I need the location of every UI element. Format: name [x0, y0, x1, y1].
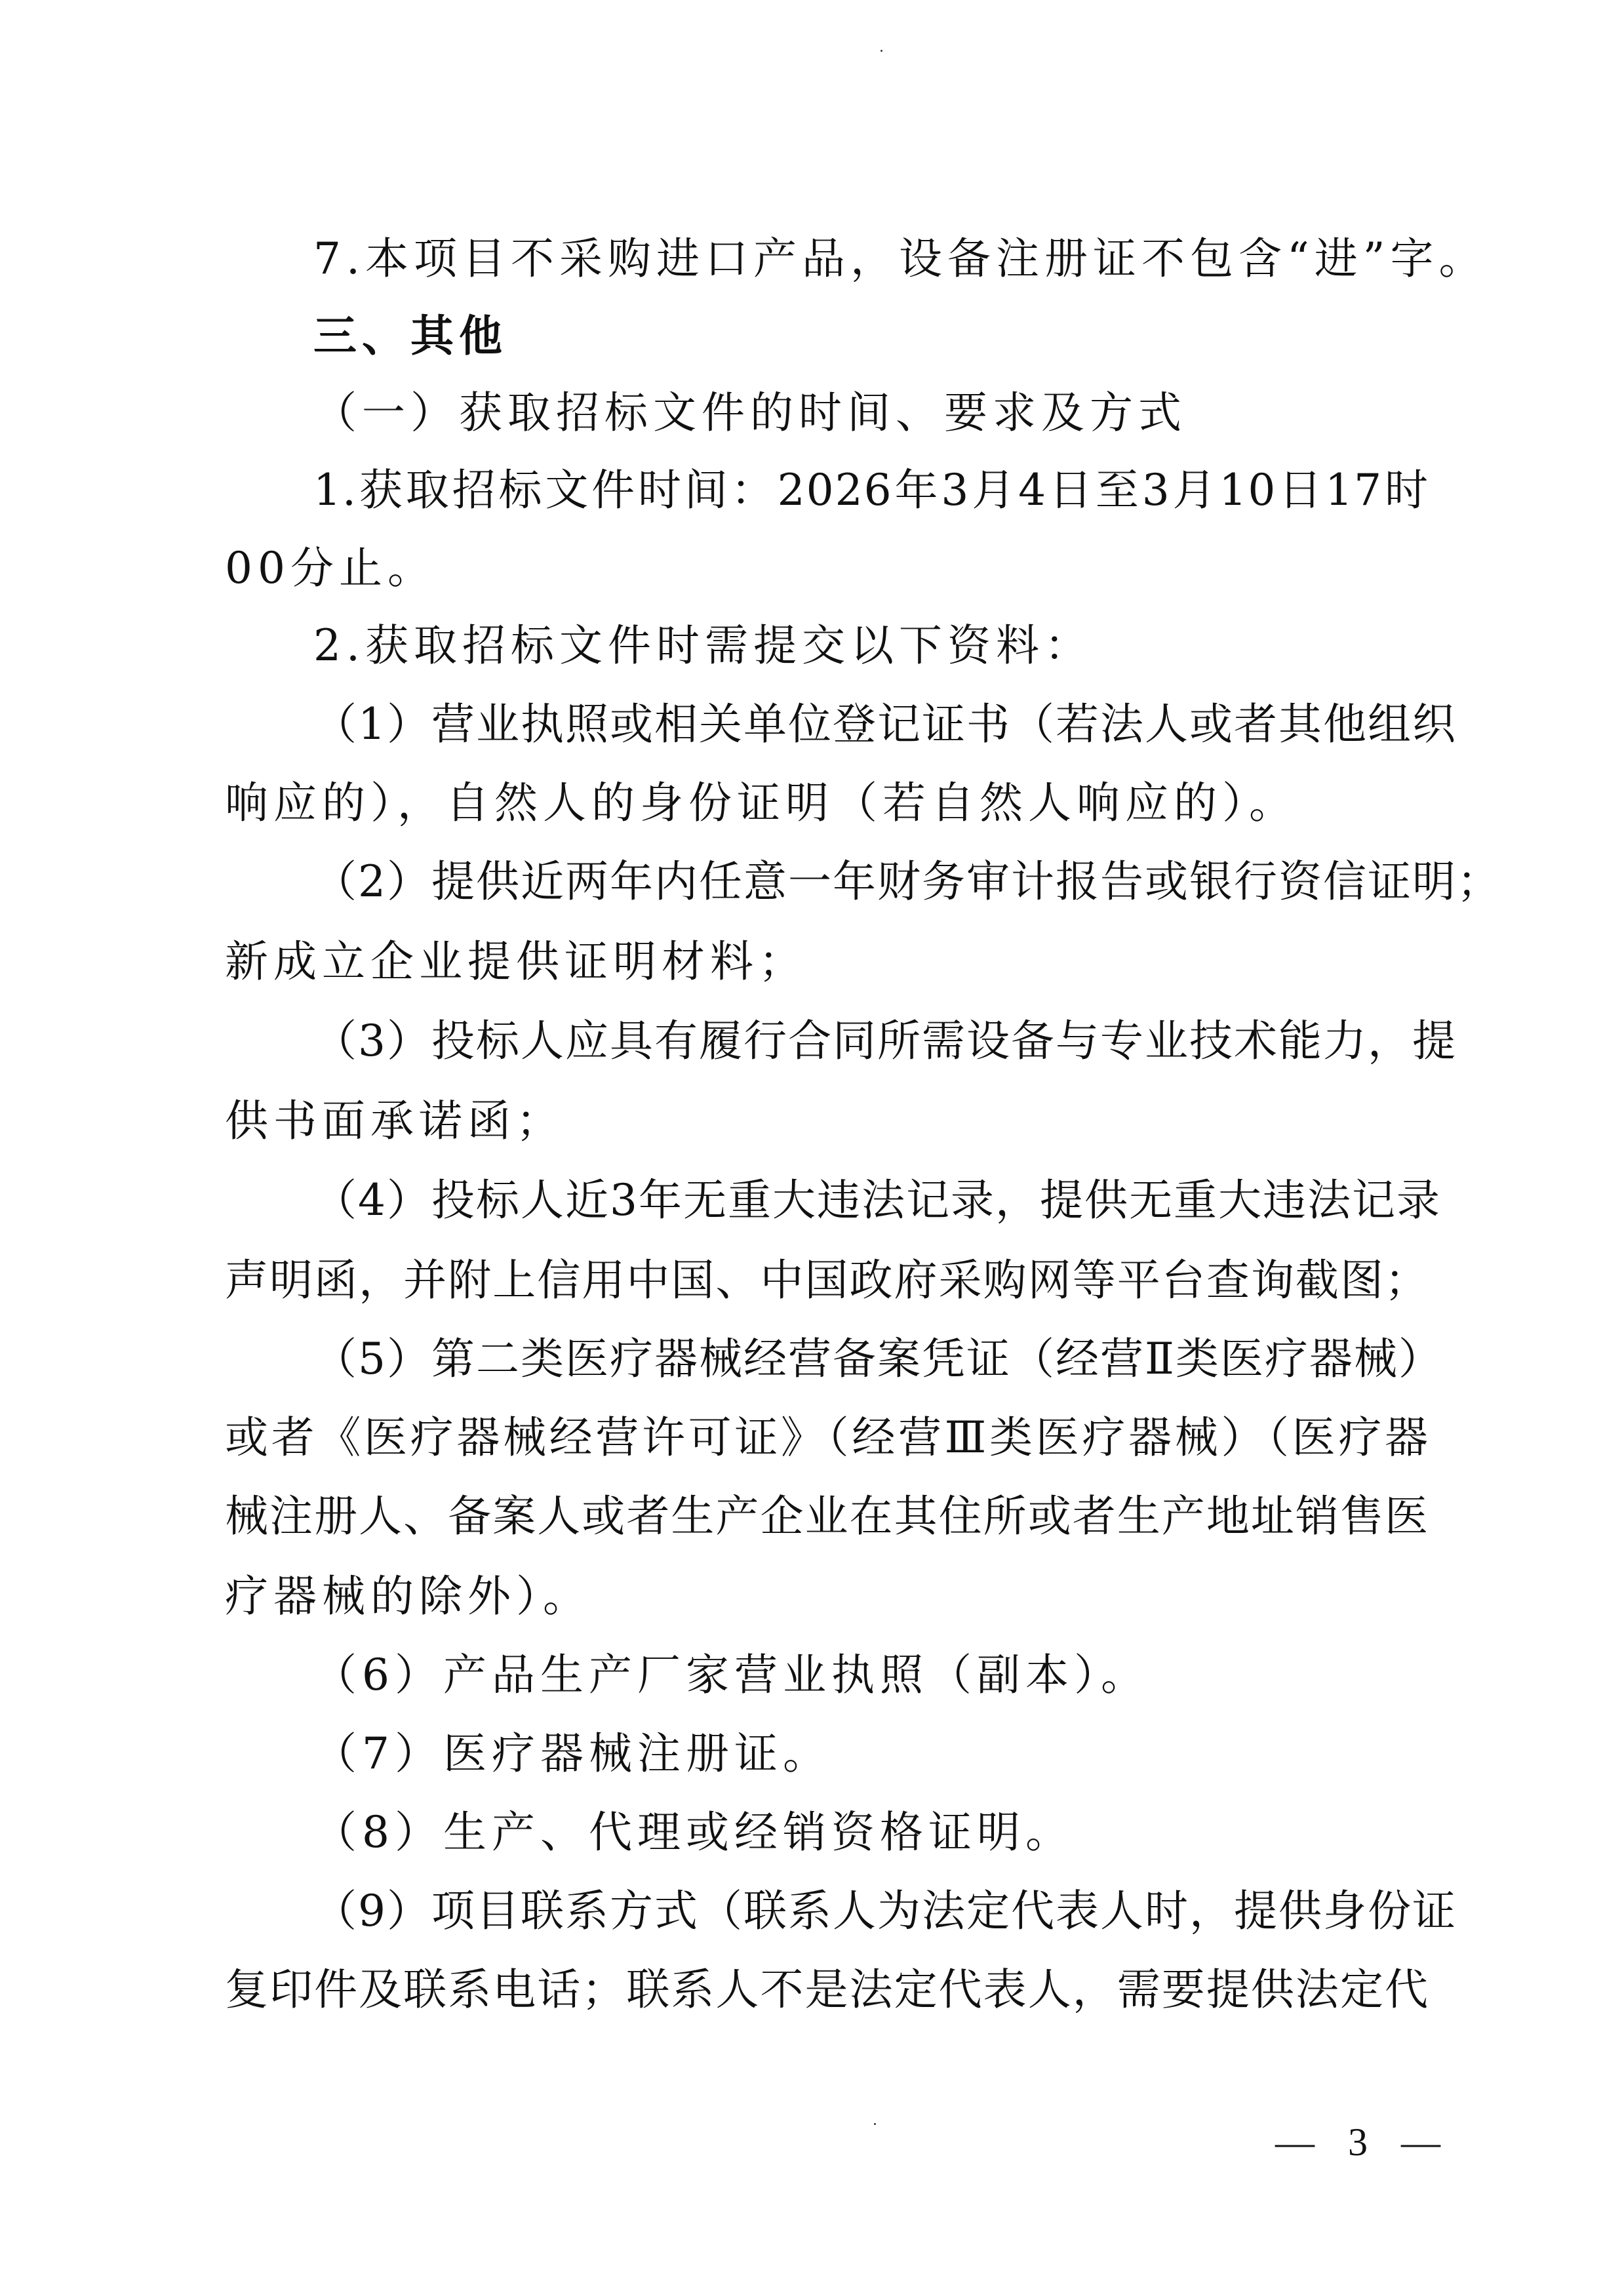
list-item-line: 疗器械的除外）。	[225, 1567, 591, 1626]
list-item-line: 械注册人、备案人或者生产企业在其住所或者生产地址销售医	[225, 1487, 1429, 1546]
paragraph-line: 2.获取招标文件时需提交以下资料：	[313, 616, 1093, 675]
list-item-line: （2）提供近两年内任意一年财务审计报告或银行资信证明；	[313, 852, 1429, 911]
list-item-line: 复印件及联系电话；联系人不是法定代表人，需要提供法定代	[225, 1960, 1429, 2019]
subsection-heading: （一）获取招标文件的时间、要求及方式	[313, 384, 1187, 443]
list-item-line: 新成立企业提供证明材料；	[225, 932, 807, 991]
paragraph-line: 00分止。	[225, 539, 436, 598]
list-item-line: 声明函，并附上信用中国、中国政府采购网等平台查询截图；	[225, 1251, 1429, 1310]
scan-speck-bottom	[874, 2123, 876, 2125]
page-number: — 3 —	[1275, 2119, 1452, 2165]
list-item-line: 或者《医疗器械经营许可证》（经营Ⅲ类医疗器械）（医疗器	[225, 1408, 1429, 1467]
list-item-line: （4）投标人近3年无重大违法记录，提供无重大违法记录	[313, 1171, 1429, 1230]
list-item-line: （7）医疗器械注册证。	[313, 1724, 831, 1783]
list-item-line: （1）营业执照或相关单位登记证书（若法人或者其他组织	[313, 695, 1429, 754]
list-item-line: 供书面承诺函；	[225, 1092, 564, 1151]
document-page: 7.本项目不采购进口产品，设备注册证不包含“进”字。 三、其他 （一）获取招标文…	[0, 0, 1624, 2285]
list-item-line: （9）项目联系方式（联系人为法定代表人时，提供身份证	[313, 1882, 1429, 1941]
list-item-line: （6）产品生产厂家营业执照（副本）。	[313, 1646, 1149, 1705]
paragraph-line: 7.本项目不采购进口产品，设备注册证不包含“进”字。	[313, 229, 1487, 288]
list-item-line: 响应的），自然人的身份证明（若自然人响应的）。	[225, 774, 1297, 833]
section-heading: 三、其他	[313, 307, 507, 366]
list-item-line: （5）第二类医疗器械经营备案凭证（经营Ⅱ类医疗器械）	[313, 1330, 1429, 1389]
scan-speck-top	[881, 50, 882, 52]
paragraph-line: 1.获取招标文件时间：2026年3月4日至3月10日17时	[313, 461, 1429, 520]
list-item-line: （3）投标人应具有履行合同所需设备与专业技术能力，提	[313, 1012, 1429, 1071]
list-item-line: （8）生产、代理或经销资格证明。	[313, 1803, 1074, 1862]
